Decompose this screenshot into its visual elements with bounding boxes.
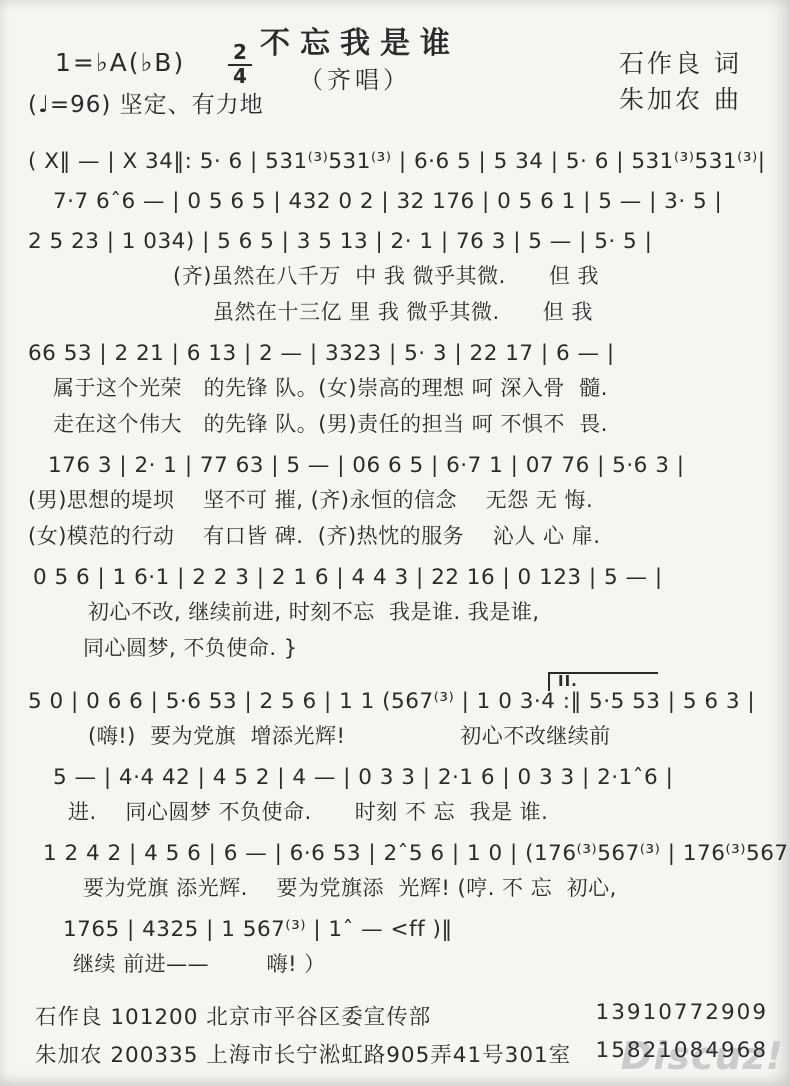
score-line-notation: 176 3 | 2· 1 | 77 63 | 5 — | 06 6 5 | 6·… <box>48 453 774 478</box>
contact-row: 石作良 101200 北京市平谷区委宣传部 13910772909 <box>35 1000 768 1031</box>
score-line-volta: II. <box>548 672 774 688</box>
score-line-notation: 66 53 | 2 21 | 6 13 | 2 — | 3323 | 5· 3 … <box>28 341 774 366</box>
score-line-notation: 2 5 23 | 1 034) | 5 6 5 | 3 5 13 | 2· 1 … <box>28 229 774 254</box>
score-line-notation: 5 0 | 0 6 6 | 5·6 53 | 2 5 6 | 1 1 (567⁽… <box>28 689 774 714</box>
song-title: 不忘我是谁 <box>0 18 720 62</box>
lyricist-address: 石作良 101200 北京市平谷区委宣传部 <box>35 1000 431 1031</box>
contact-row: 朱加农 200335 上海市长宁淞虹路905弄41号301室 158210849… <box>35 1038 768 1069</box>
credits: 石作良 词 朱加农 曲 <box>619 46 742 119</box>
score-line-lyric: 属于这个光荣 的先锋 队。(女)崇高的理想 呵 深入骨 髓. <box>53 372 774 402</box>
score-line-lyric: 初心不改, 继续前进, 时刻不忘 我是谁. 我是谁, <box>88 596 774 626</box>
score-line-lyric: (男)思想的堤坝 坚不可 摧, (齐)永恒的信念 无怨 无 悔. <box>28 484 774 514</box>
score-line-notation: 1765 | 4325 | 1 567⁽³⁾ | 1ˆ — <ff )‖ <box>63 917 774 942</box>
score-line-notation: 5 — | 4·4 42 | 4 5 2 | 4 — | 0 3 3 | 2·1… <box>53 765 774 790</box>
lyricist-credit: 石作良 词 <box>619 46 742 82</box>
lyricist-phone: 13910772909 <box>596 1000 768 1031</box>
score-line-notation: ( X‖ — | X 34‖: 5· 6 | 531⁽³⁾531⁽³⁾ | 6·… <box>28 149 774 174</box>
scanned-sheet-music-page: 1=♭A(♭B) 2 4 不忘我是谁 （齐唱） (♩=96) 坚定、有力地 石作… <box>0 0 790 1086</box>
contact-footer: 石作良 101200 北京市平谷区委宣传部 13910772909 朱加农 20… <box>35 993 768 1076</box>
score-line-lyric: (女)模范的行动 有口皆 碑. (齐)热忱的服务 沁人 心 扉. <box>28 520 774 550</box>
score-line-notation: 7·7 6ˆ6 — | 0 5 6 5 | 432 0 2 | 32 176 |… <box>53 189 774 214</box>
score-line-lyric: (齐)虽然在八千万 中 我 微乎其微. 但 我 <box>173 260 774 290</box>
score-line-lyric: 要为党旗 添光辉. 要为党旗添 光辉! (哼. 不 忘 初心, <box>83 872 774 902</box>
composer-phone: 15821084968 <box>596 1038 768 1069</box>
score-line-lyric: 虽然在十三亿 里 我 微乎其微. 但 我 <box>213 296 774 326</box>
tempo-marking: (♩=96) 坚定、有力地 <box>28 86 264 119</box>
score-line-lyric: 进. 同心圆梦 不负使命. 时刻 不 忘 我是 谁. <box>68 796 774 826</box>
score-body: ( X‖ — | X 34‖: 5· 6 | 531⁽³⁾531⁽³⁾ | 6·… <box>28 134 774 984</box>
score-line-notation: 1 2 4 2 | 4 5 6 | 6 — | 6·6 53 | 2ˆ5 6 |… <box>43 841 774 866</box>
composer-credit: 朱加农 曲 <box>619 82 742 118</box>
score-line-lyric: (嗨!) 要为党旗 增添光辉! 初心不改继续前 <box>88 720 774 750</box>
composer-address: 朱加农 200335 上海市长宁淞虹路905弄41号301室 <box>35 1038 571 1069</box>
score-line-lyric: 同心圆梦, 不负使命. } <box>83 632 774 662</box>
score-line-lyric: 继续 前进—— 嗨! ） <box>73 948 774 978</box>
score-line-lyric: 走在这个伟大 的先锋 队。(男)责任的担当 呵 不惧不 畏. <box>53 408 774 438</box>
score-line-notation: 0 5 6 | 1 6·1 | 2 2 3 | 2 1 6 | 4 4 3 | … <box>33 565 774 590</box>
